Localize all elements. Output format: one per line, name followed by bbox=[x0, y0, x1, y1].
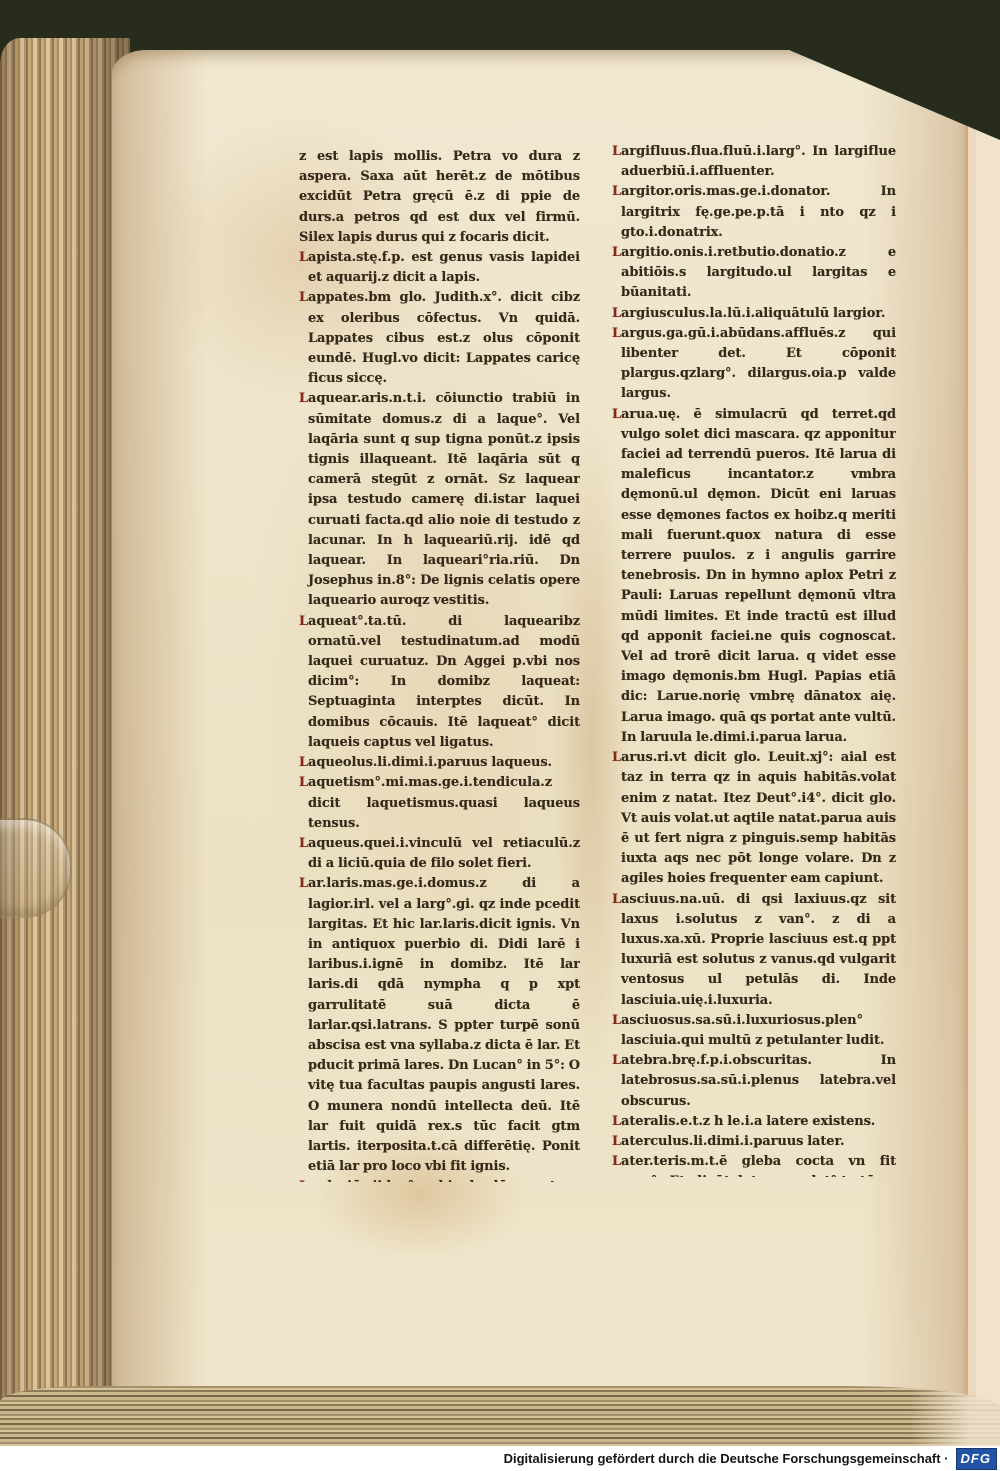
dictionary-entry: Lappates.bm glo. Judith.x°. dicit cibz e… bbox=[299, 288, 580, 389]
book-gutter-page-edges bbox=[0, 38, 130, 1446]
dictionary-entry: Largifluus.flua.fluū.i.larg°. In largifl… bbox=[612, 142, 896, 182]
dictionary-entry: Largitio.onis.i.retbutio.donatio.z e abi… bbox=[612, 243, 896, 304]
dictionary-entry: Lateralis.e.t.z h le.i.a latere existens… bbox=[612, 1112, 896, 1132]
dictionary-entry: Laterculus.li.dimi.i.paruus later. bbox=[612, 1132, 896, 1152]
dictionary-entry: Largitor.oris.mas.ge.i.donator. In largi… bbox=[612, 182, 896, 243]
bottom-page-edges bbox=[0, 1386, 1000, 1446]
dictionary-entry: Later.teris.m.t.ē gleba cocta vn fit mur… bbox=[612, 1152, 896, 1177]
dictionary-entry: Lardariū.rij.loc° vbi lardū suat z retin… bbox=[299, 1177, 580, 1182]
dictionary-entry: Larus.ri.vt dicit glo. Leuit.xj°: aial e… bbox=[612, 748, 896, 889]
digitization-banner: Digitalisierung gefördert durch die Deut… bbox=[0, 1446, 1000, 1471]
book-scan-photo: z est lapis mollis. Petra vo dura z aspe… bbox=[0, 0, 1000, 1471]
dictionary-entry: Laqueat°.ta.tū. di laquearibz ornatū.vel… bbox=[299, 612, 580, 753]
dictionary-entry: Latebra.brę.f.p.i.obscuritas. In latebro… bbox=[612, 1051, 896, 1112]
dictionary-entry: Lar.laris.mas.ge.i.domus.z di a lagior.i… bbox=[299, 874, 580, 1177]
dictionary-entry: Largus.ga.gū.i.abūdans.affluēs.z qui lib… bbox=[612, 324, 896, 405]
dictionary-entry: Lasciuosus.sa.sū.i.luxuriosus.plen° lasc… bbox=[612, 1011, 896, 1051]
dictionary-entry: z est lapis mollis. Petra vo dura z aspe… bbox=[299, 147, 580, 248]
book-page: z est lapis mollis. Petra vo dura z aspe… bbox=[112, 50, 965, 1415]
dictionary-entry: Laqueus.quei.i.vinculū vel retiaculū.z d… bbox=[299, 834, 580, 874]
dictionary-entry: Lapista.stę.f.p. est genus vasis lapidei… bbox=[299, 248, 580, 288]
dictionary-entry: Largiusculus.la.lū.i.aliquātulū largior. bbox=[612, 304, 896, 324]
banner-credit-text: Digitalisierung gefördert durch die Deut… bbox=[504, 1451, 949, 1466]
dictionary-entry: Laquetism°.mi.mas.ge.i.tendicula.z dicit… bbox=[299, 773, 580, 834]
dictionary-entry: Laqueolus.li.dimi.i.paruus laqueus. bbox=[299, 753, 580, 773]
column-right: Largifluus.flua.fluū.i.larg°. In largifl… bbox=[612, 142, 896, 1177]
underlying-page-edge bbox=[962, 56, 1000, 1448]
column-left: z est lapis mollis. Petra vo dura z aspe… bbox=[299, 147, 580, 1182]
dictionary-entry: Larua.uę. ē simulacrū qd terret.qd vulgo… bbox=[612, 405, 896, 748]
dictionary-entry: Lasciuus.na.uū. di qsi laxiuus.qz sit la… bbox=[612, 890, 896, 1011]
dfg-logo: DFG bbox=[956, 1448, 997, 1470]
dictionary-entry: Laquear.aris.n.t.i. cōiunctio trabiū in … bbox=[299, 389, 580, 611]
